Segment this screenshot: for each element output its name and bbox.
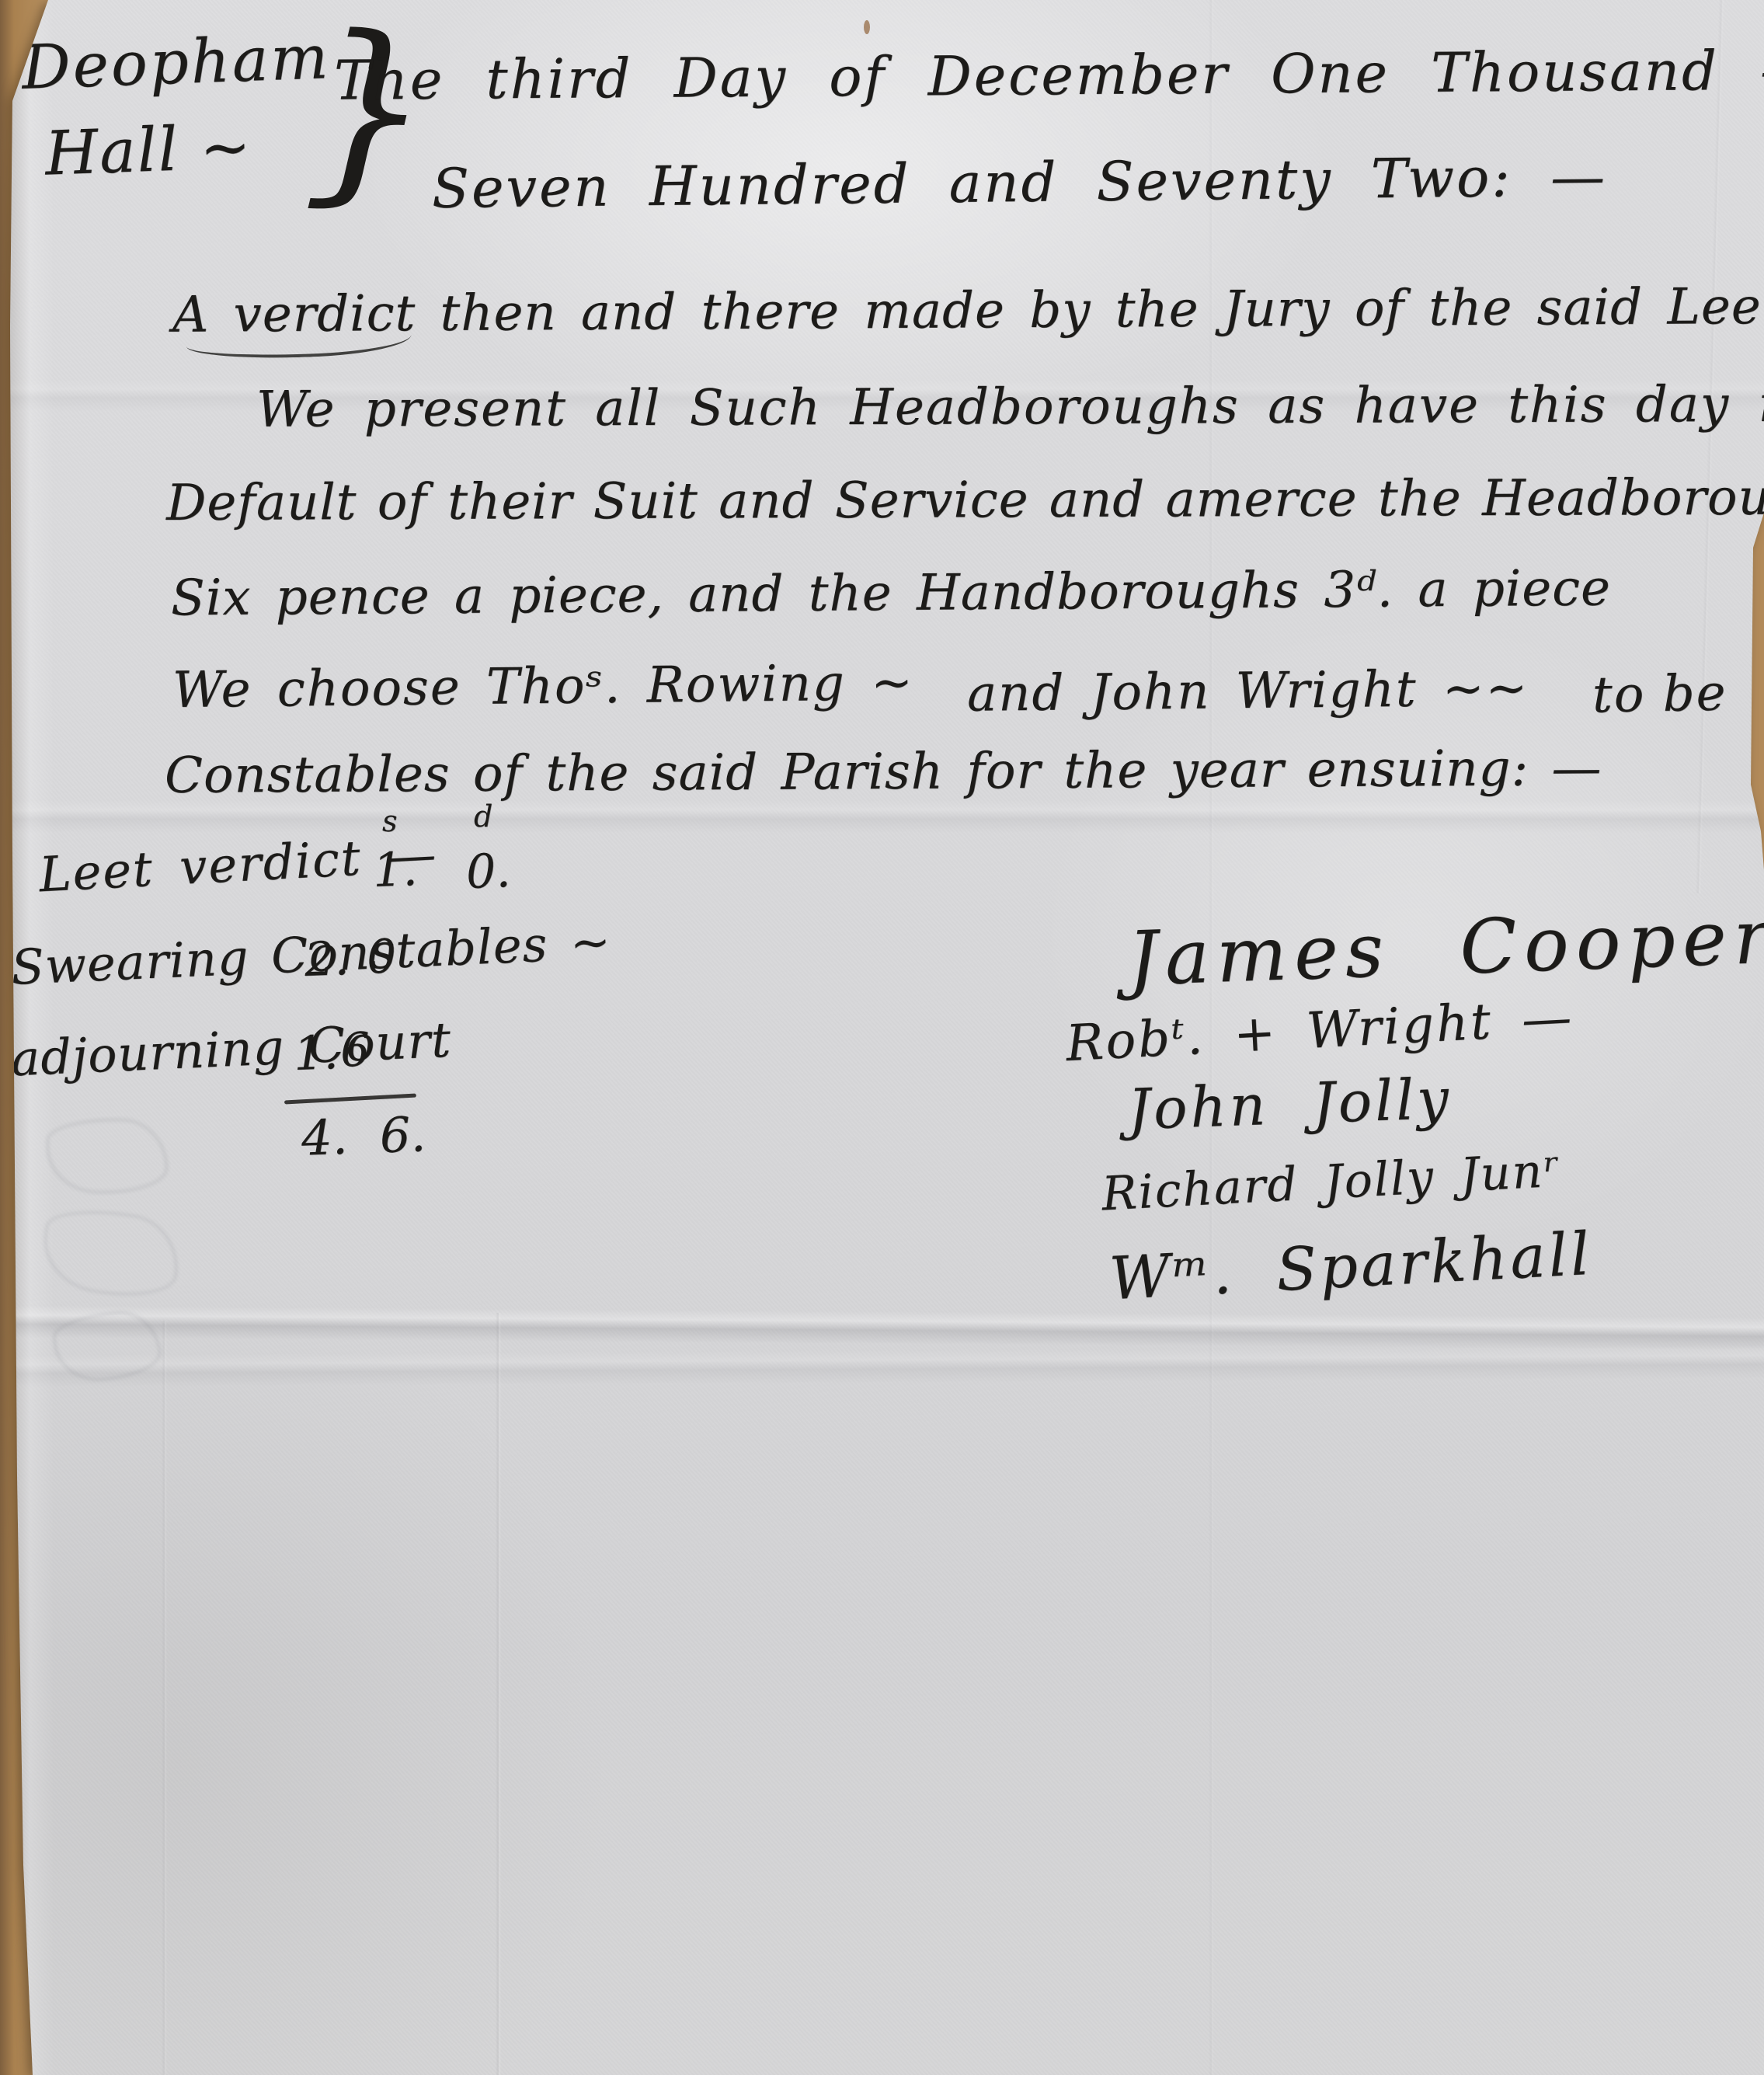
ink-show-through	[37, 1203, 184, 1303]
fee-row-shillings: 2.	[304, 935, 350, 984]
ink-show-through	[51, 1307, 163, 1385]
present-line1: We present all Such Headboroughs as have…	[256, 379, 1764, 434]
place-name-line1: Deopham	[21, 27, 332, 99]
paper-speck	[864, 20, 870, 34]
total-rule	[284, 1094, 416, 1105]
fee-row-pence: 0.	[465, 848, 511, 896]
signature: Robᵗ. + Wright —	[1065, 993, 1575, 1069]
verdict-line: A verdict then and there made by the Jur…	[172, 281, 1764, 339]
present-line3: Six pence a piece, and the Handboroughs …	[171, 564, 1611, 624]
date-line2: Seven Hundred and Seventy Two: —	[432, 149, 1608, 216]
photo-background: Deopham Hall ~ } The third Day of Decemb…	[0, 0, 1764, 2075]
fee-pence-mark: d	[474, 802, 492, 831]
constables-line: Constables of the said Parish for the ye…	[165, 743, 1602, 801]
fold-crease-main-echo	[0, 1346, 1764, 1387]
signature: John Jolly	[1127, 1071, 1453, 1138]
vertical-crease-center	[496, 1313, 501, 2075]
fee-row-shillings: 1.	[372, 846, 418, 894]
fee-row-pence: 0	[366, 933, 397, 980]
choose-line-part1: We choose Thoˢ. Rowing ~	[172, 658, 914, 715]
signature: Wᵐ. Sparkhall	[1108, 1224, 1593, 1308]
fold-crease-faint-mid	[0, 800, 1764, 833]
signature: James Cooper	[1127, 899, 1764, 996]
choose-line-part2: and John Wright ~~	[967, 663, 1529, 719]
place-name-line2: Hall ~	[44, 117, 253, 184]
manuscript-paper: Deopham Hall ~ } The third Day of Decemb…	[0, 0, 1764, 2075]
ink-show-through	[47, 1119, 168, 1193]
present-line2: Default of their Suit and Service and am…	[166, 472, 1764, 528]
fee-total: 4. 6.	[301, 1110, 426, 1163]
signature: Richard Jolly Junʳ	[1101, 1147, 1563, 1218]
vertical-crease-upper-right	[1696, 0, 1724, 893]
fee-row-label: adjourning Court	[10, 1016, 452, 1084]
fold-crease-main	[0, 1305, 1764, 1350]
paper-sheet-wrapper: Deopham Hall ~ } The third Day of Decemb…	[0, 0, 1764, 2075]
fee-row-shillings: 1.	[293, 1029, 339, 1078]
choose-line-part3: to be	[1592, 668, 1727, 720]
fee-row-pence: 6	[339, 1026, 371, 1074]
date-line1: The third Day of December One Thousand —	[334, 43, 1764, 107]
vertical-crease-left	[162, 1321, 167, 2075]
